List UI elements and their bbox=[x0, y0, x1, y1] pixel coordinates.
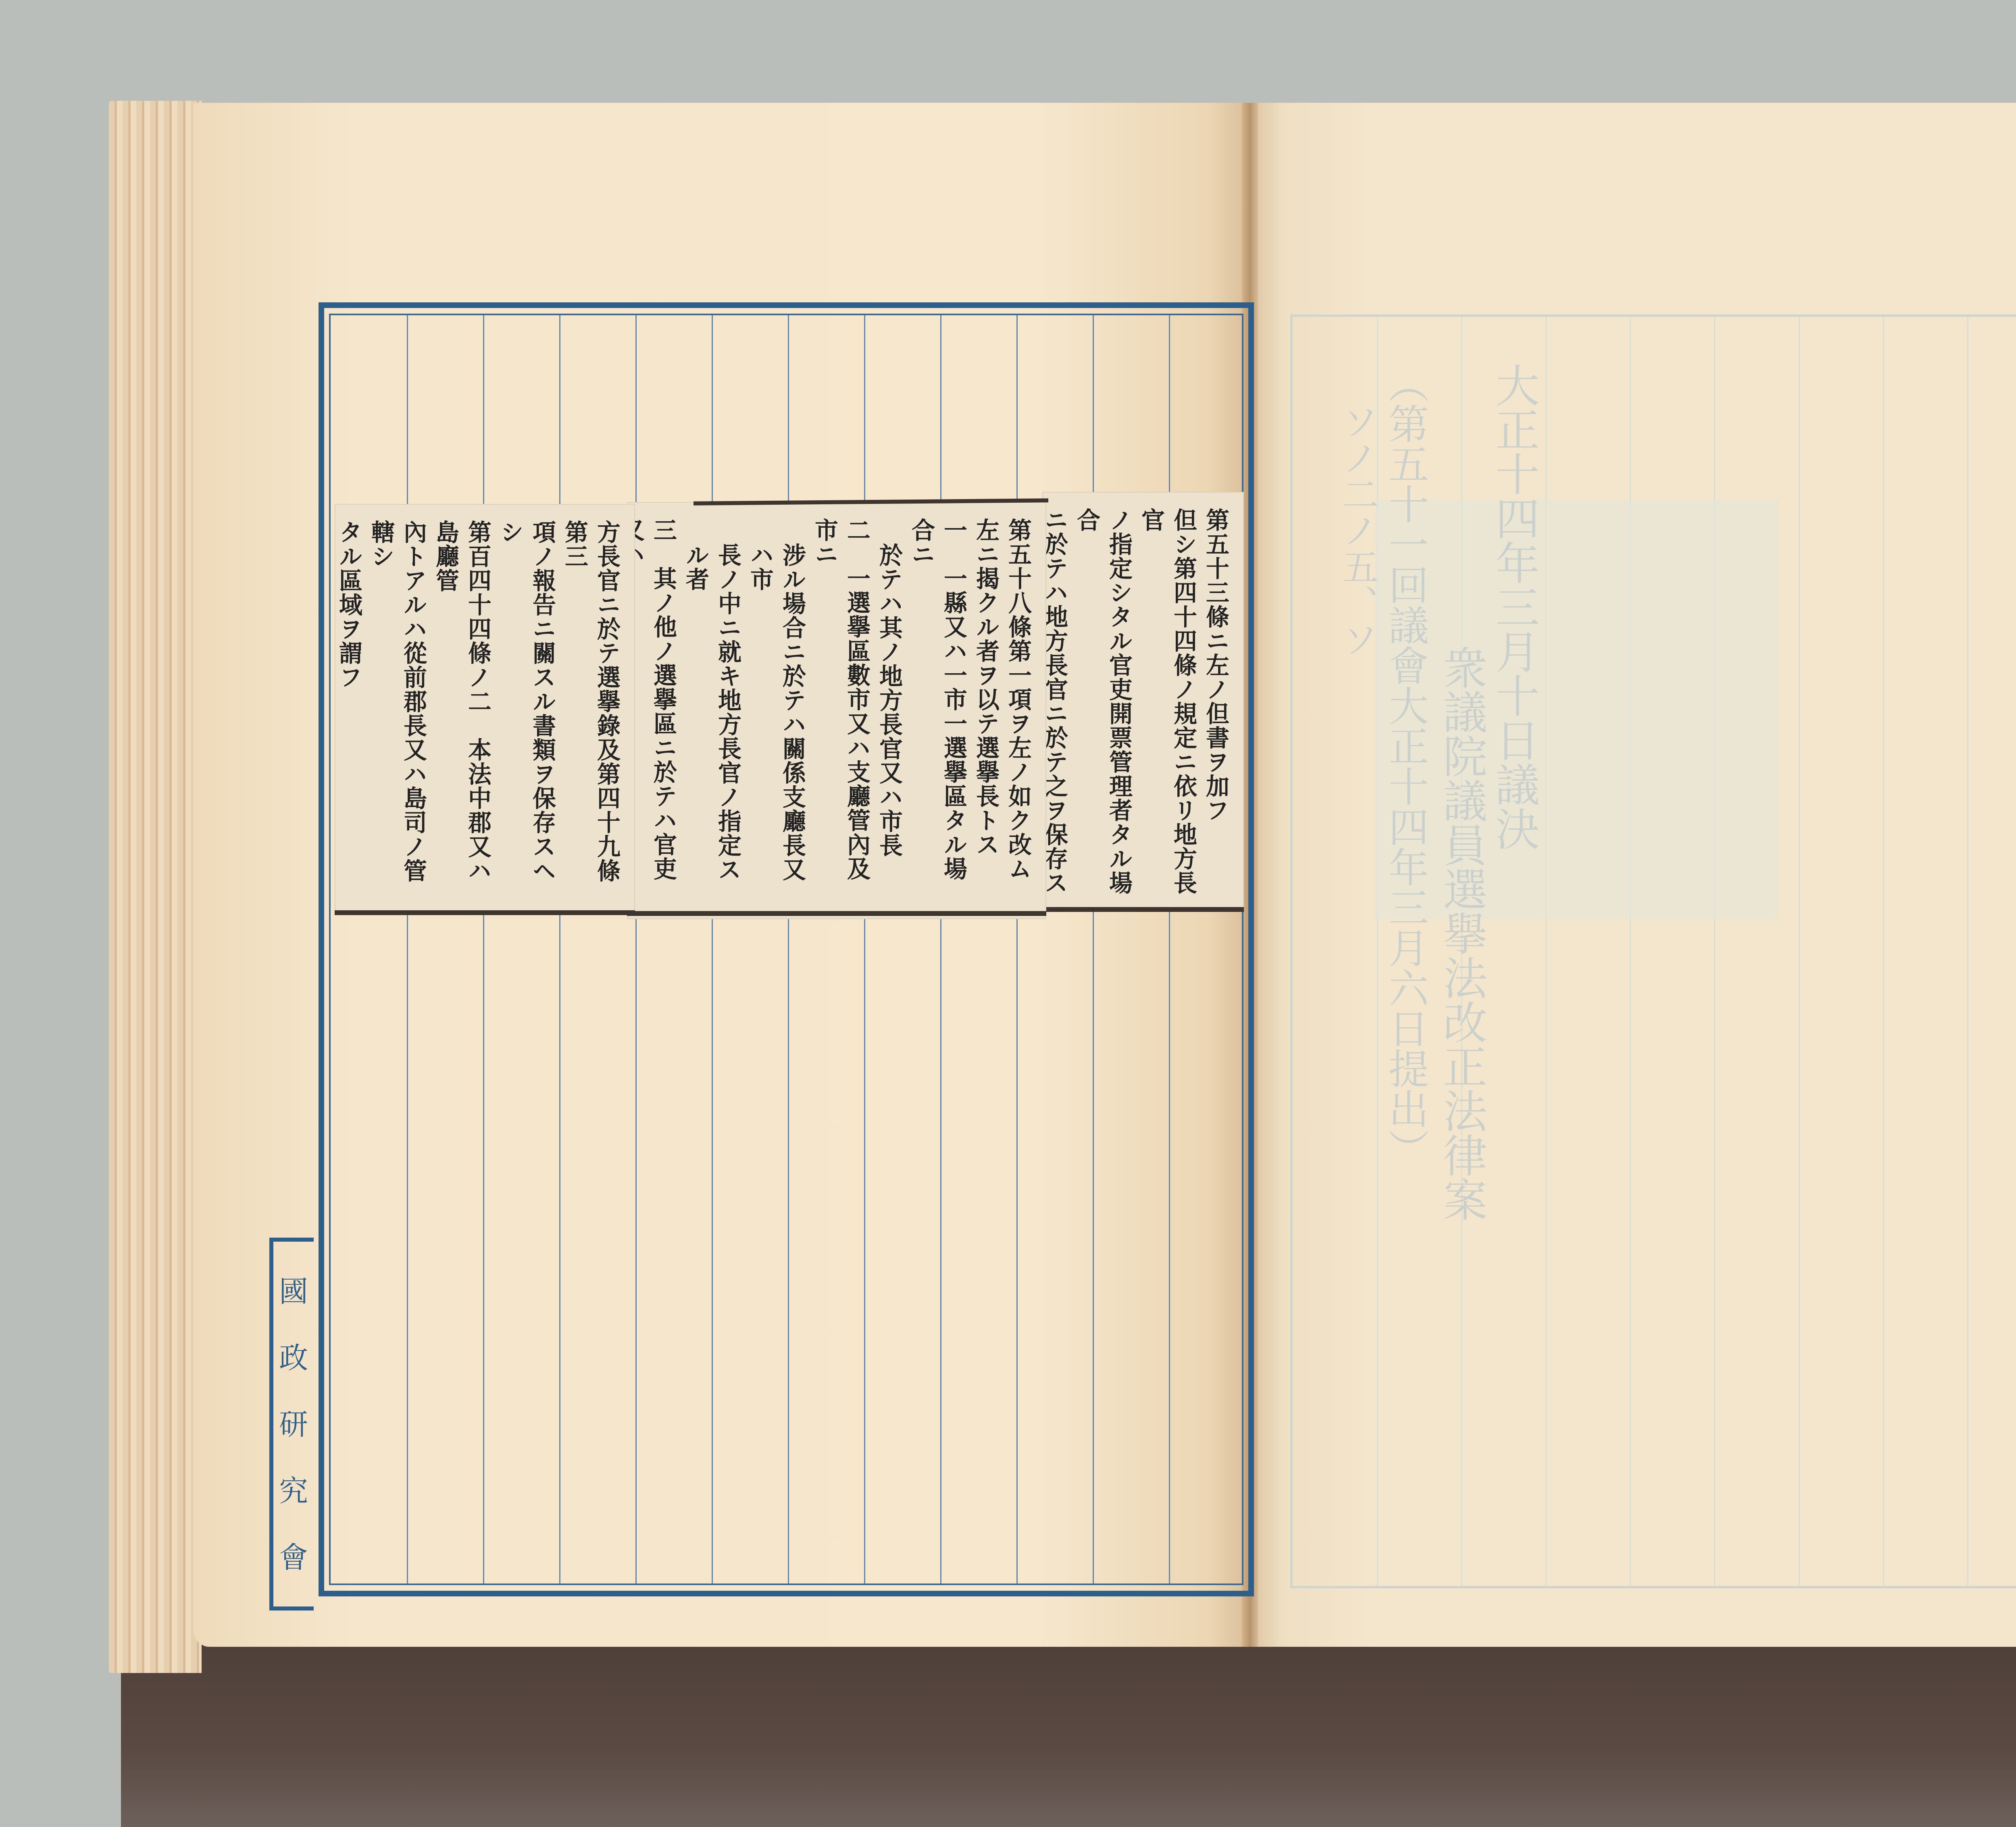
clip-text-column: 第百四十四條ノ二 本法中郡又ハ島廳管 bbox=[429, 520, 494, 895]
clip-text-column: 二 一選擧區數市又ハ支廳管內及市ニ bbox=[808, 518, 873, 903]
clip-text-column: ノ指定シタル官吏開票管理者タル場合 bbox=[1070, 508, 1135, 895]
ghost-ruled-column-line bbox=[1967, 317, 1968, 1586]
newspaper-clipping-3: 方長官ニ於テ選擧錄及第四十九條第三 項ノ報告ニ關スル書類ヲ保存スヘシ 第百四十四… bbox=[335, 504, 635, 911]
ghost-handwriting: 大正十四年三月十日議決 bbox=[1488, 363, 1540, 851]
clip-text-column: ニ於テハ地方長官ニ於テ之ヲ保存スヘ bbox=[1042, 508, 1070, 895]
ghost-ruled-column-line bbox=[1883, 317, 1884, 1586]
clip-text-column: 第五十三條ニ左ノ但書ヲ加フ bbox=[1200, 508, 1232, 895]
ghost-handwriting: （第五十一回議會大正十四年三月六日提出） bbox=[1379, 363, 1431, 1169]
clip-text-column: 但シ第四十四條ノ規定ニ依リ地方長官 bbox=[1135, 508, 1200, 895]
clip-text-column: 長ノ中ニ就キ地方長官ノ指定スル者 bbox=[679, 518, 744, 903]
publisher-char: 研 bbox=[279, 1410, 308, 1439]
publisher-char: 政 bbox=[279, 1343, 308, 1372]
newspaper-clipping-1: 第五十三條ニ左ノ但書ヲ加フ 但シ第四十四條ノ規定ニ依リ地方長官 ノ指定シタル官吏… bbox=[1042, 492, 1244, 911]
publisher-char: 究 bbox=[279, 1476, 308, 1505]
clip-text-column: 方長官ニ於テ選擧錄及第四十九條第三 bbox=[558, 520, 623, 895]
clip-text-column: 於テハ其ノ地方長官又ハ市長 bbox=[873, 518, 905, 903]
clip-text-column: 內トアルハ從前郡長又ハ島司ノ管轄シ bbox=[365, 520, 429, 895]
newspaper-clipping-2: 第五十八條第一項ヲ左ノ如ク改ム 左ニ揭クル者ヲ以テ選擧長トス 一 一縣又ハ一市一… bbox=[627, 502, 1046, 919]
table-surface-shadow bbox=[121, 1637, 2016, 1827]
clip-text-column: 一 一縣又ハ一市一選擧區タル場合ニ bbox=[905, 518, 970, 903]
ghost-ruled-column-line bbox=[1799, 317, 1800, 1586]
clip-text-column: 項ノ報告ニ關スル書類ヲ保存スヘシ bbox=[494, 520, 558, 895]
clip-rule bbox=[335, 910, 635, 915]
publisher-char: 會 bbox=[279, 1543, 308, 1572]
clip-text-column: 第五十八條第一項ヲ左ノ如ク改ム bbox=[1002, 518, 1034, 903]
publisher-tab: 國 政 研 究 會 bbox=[269, 1238, 314, 1611]
clip-text-column: 涉ル場合ニ於テハ關係支廳長又ハ市 bbox=[744, 518, 808, 903]
ghost-handwriting: 衆議院議員選擧法改正法律案 bbox=[1435, 645, 1488, 1221]
clip-text-column: タル區域ヲ謂フ bbox=[335, 520, 365, 895]
left-page-edges bbox=[109, 101, 202, 1673]
publisher-char: 國 bbox=[279, 1277, 308, 1306]
ghost-handwriting: ソノ二ノ五、ソ bbox=[1331, 403, 1383, 657]
clip-rule bbox=[1042, 907, 1244, 912]
clip-rule bbox=[627, 911, 1046, 916]
clip-text-column: 左ニ揭クル者ヲ以テ選擧長トス bbox=[970, 518, 1002, 903]
